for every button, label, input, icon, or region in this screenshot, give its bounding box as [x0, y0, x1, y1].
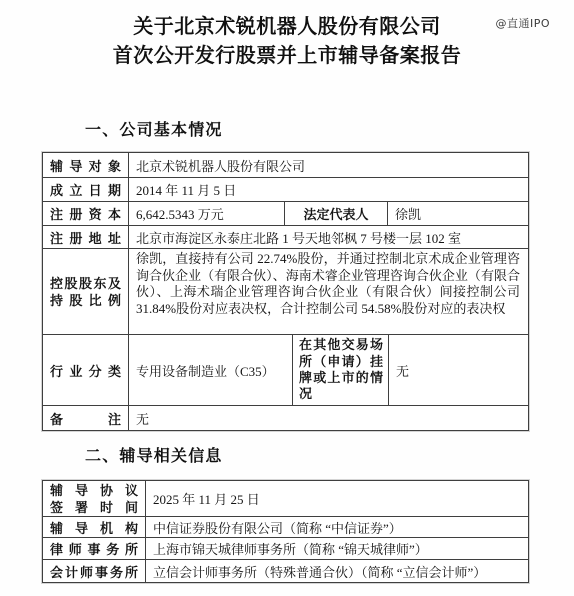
table-row-remarks: 备注 无 — [43, 406, 528, 430]
law-firm-label-cell: 律师事务所 — [43, 538, 146, 559]
law-firm-label: 律师事务所 — [50, 539, 138, 558]
table-row-counseling-institution: 辅导机构 中信证券股份有限公司（简称 “中信证券”） — [43, 517, 528, 538]
table-row-accounting-firm: 会计师事务所 立信会计师事务所（特殊普通合伙）（简称 “立信会计师”） — [43, 560, 528, 582]
document-page: @直通IPO 关于北京术锐机器人股份有限公司 首次公开发行股票并上市辅导备案报告… — [0, 0, 574, 596]
table-row-registered-address: 注册地址 北京市海淀区永泰庄北路 1 号天地邻枫 7 号楼一层 102 室 — [43, 226, 528, 249]
remarks-label-cell: 备注 — [43, 406, 129, 430]
section-heading-company-basic-info: 一、公司基本情况 — [85, 120, 223, 141]
document-title-line1: 关于北京术锐机器人股份有限公司 — [0, 13, 574, 42]
document-title: 关于北京术锐机器人股份有限公司 首次公开发行股票并上市辅导备案报告 — [0, 13, 574, 71]
remarks-value-cell: 无 — [129, 406, 528, 430]
industry-classification-label-cell: 行业分类 — [43, 335, 129, 405]
remarks-label: 备注 — [50, 409, 121, 428]
controlling-shareholder-value: 徐凯，直接持有公司 22.74%股份，并通过控制北京术成企业管理咨询合伙企业（有… — [136, 251, 520, 316]
establishment-date-value: 2014 年 11 月 5 日 — [136, 180, 236, 199]
table-row-establishment-date: 成立日期 2014 年 11 月 5 日 — [43, 178, 528, 202]
controlling-shareholder-label-line2: 持股比例 — [50, 292, 121, 309]
other-exchange-listing-label: 在其他交易场所（申请）挂牌或上市的情况 — [299, 337, 383, 403]
remarks-value: 无 — [136, 409, 149, 428]
controlling-shareholder-value-cell: 徐凯，直接持有公司 22.74%股份，并通过控制北京术成企业管理咨询合伙企业（有… — [129, 249, 528, 334]
document-title-line2: 首次公开发行股票并上市辅导备案报告 — [0, 42, 574, 71]
registered-capital-value-cell: 6,642.5343 万元 — [129, 202, 285, 225]
legal-representative-value-cell: 徐凯 — [388, 202, 528, 225]
controlling-shareholder-label-line1: 控股股东及 — [50, 275, 121, 292]
table-row-law-firm: 律师事务所 上海市锦天城律师事务所（简称 “锦天城律师”） — [43, 538, 528, 560]
accounting-firm-label: 会计师事务所 — [50, 562, 138, 581]
legal-representative-label-cell: 法定代表人 — [285, 202, 388, 225]
agreement-date-label-line2: 签署时间 — [50, 499, 138, 516]
other-exchange-listing-label-cell: 在其他交易场所（申请）挂牌或上市的情况 — [293, 335, 389, 405]
counseling-institution-label: 辅导机构 — [50, 518, 138, 537]
registered-capital-value: 6,642.5343 万元 — [136, 204, 224, 223]
legal-representative-label: 法定代表人 — [303, 204, 368, 223]
industry-classification-value-cell: 专用设备制造业（C35） — [129, 335, 293, 405]
agreement-date-label-cell: 辅导协议 签署时间 — [43, 481, 146, 516]
agreement-date-label-line1: 辅导协议 — [50, 482, 138, 499]
controlling-shareholder-label-cell: 控股股东及 持股比例 — [43, 249, 129, 334]
other-exchange-listing-value-cell: 无 — [389, 335, 528, 405]
law-firm-value-cell: 上海市锦天城律师事务所（简称 “锦天城律师”） — [146, 538, 528, 559]
registered-address-value: 北京市海淀区永泰庄北路 1 号天地邻枫 7 号楼一层 102 室 — [136, 228, 461, 247]
counseling-institution-value: 中信证券股份有限公司（简称 “中信证券”） — [153, 518, 402, 537]
registered-address-label: 注册地址 — [50, 228, 121, 247]
accounting-firm-label-cell: 会计师事务所 — [43, 560, 146, 582]
table-row-counseling-target: 辅导对象 北京术锐机器人股份有限公司 — [43, 153, 528, 178]
counseling-institution-value-cell: 中信证券股份有限公司（简称 “中信证券”） — [146, 517, 528, 537]
industry-classification-label: 行业分类 — [50, 361, 121, 380]
table-row-registered-capital: 注册资本 6,642.5343 万元 法定代表人 徐凯 — [43, 202, 528, 226]
agreement-date-value: 2025 年 11 月 25 日 — [153, 489, 260, 508]
counseling-target-label: 辅导对象 — [50, 156, 121, 175]
legal-representative-value: 徐凯 — [395, 204, 421, 223]
counseling-target-value-cell: 北京术锐机器人股份有限公司 — [129, 153, 528, 177]
agreement-date-value-cell: 2025 年 11 月 25 日 — [146, 481, 528, 516]
company-basic-info-table: 辅导对象 北京术锐机器人股份有限公司 成立日期 2014 年 11 月 5 日 … — [42, 152, 529, 431]
table-row-agreement-date: 辅导协议 签署时间 2025 年 11 月 25 日 — [43, 481, 528, 517]
counseling-target-value: 北京术锐机器人股份有限公司 — [136, 156, 305, 175]
counseling-institution-label-cell: 辅导机构 — [43, 517, 146, 537]
counseling-info-table: 辅导协议 签署时间 2025 年 11 月 25 日 辅导机构 中信证券股份有限… — [42, 480, 529, 583]
accounting-firm-value: 立信会计师事务所（特殊普通合伙）（简称 “立信会计师”） — [153, 562, 486, 581]
registered-capital-label-cell: 注册资本 — [43, 202, 129, 225]
establishment-date-value-cell: 2014 年 11 月 5 日 — [129, 178, 528, 201]
table-row-controlling-shareholder: 控股股东及 持股比例 徐凯，直接持有公司 22.74%股份，并通过控制北京术成企… — [43, 249, 528, 335]
accounting-firm-value-cell: 立信会计师事务所（特殊普通合伙）（简称 “立信会计师”） — [146, 560, 528, 582]
other-exchange-listing-value: 无 — [396, 361, 409, 380]
establishment-date-label-cell: 成立日期 — [43, 178, 129, 201]
industry-classification-value: 专用设备制造业（C35） — [136, 361, 275, 380]
section-heading-counseling-info: 二、辅导相关信息 — [85, 446, 223, 467]
law-firm-value: 上海市锦天城律师事务所（简称 “锦天城律师”） — [153, 539, 428, 558]
establishment-date-label: 成立日期 — [50, 180, 121, 199]
registered-capital-label: 注册资本 — [50, 204, 121, 223]
counseling-target-label-cell: 辅导对象 — [43, 153, 129, 177]
table-row-industry-classification: 行业分类 专用设备制造业（C35） 在其他交易场所（申请）挂牌或上市的情况 无 — [43, 335, 528, 406]
registered-address-label-cell: 注册地址 — [43, 226, 129, 248]
registered-address-value-cell: 北京市海淀区永泰庄北路 1 号天地邻枫 7 号楼一层 102 室 — [129, 226, 528, 248]
